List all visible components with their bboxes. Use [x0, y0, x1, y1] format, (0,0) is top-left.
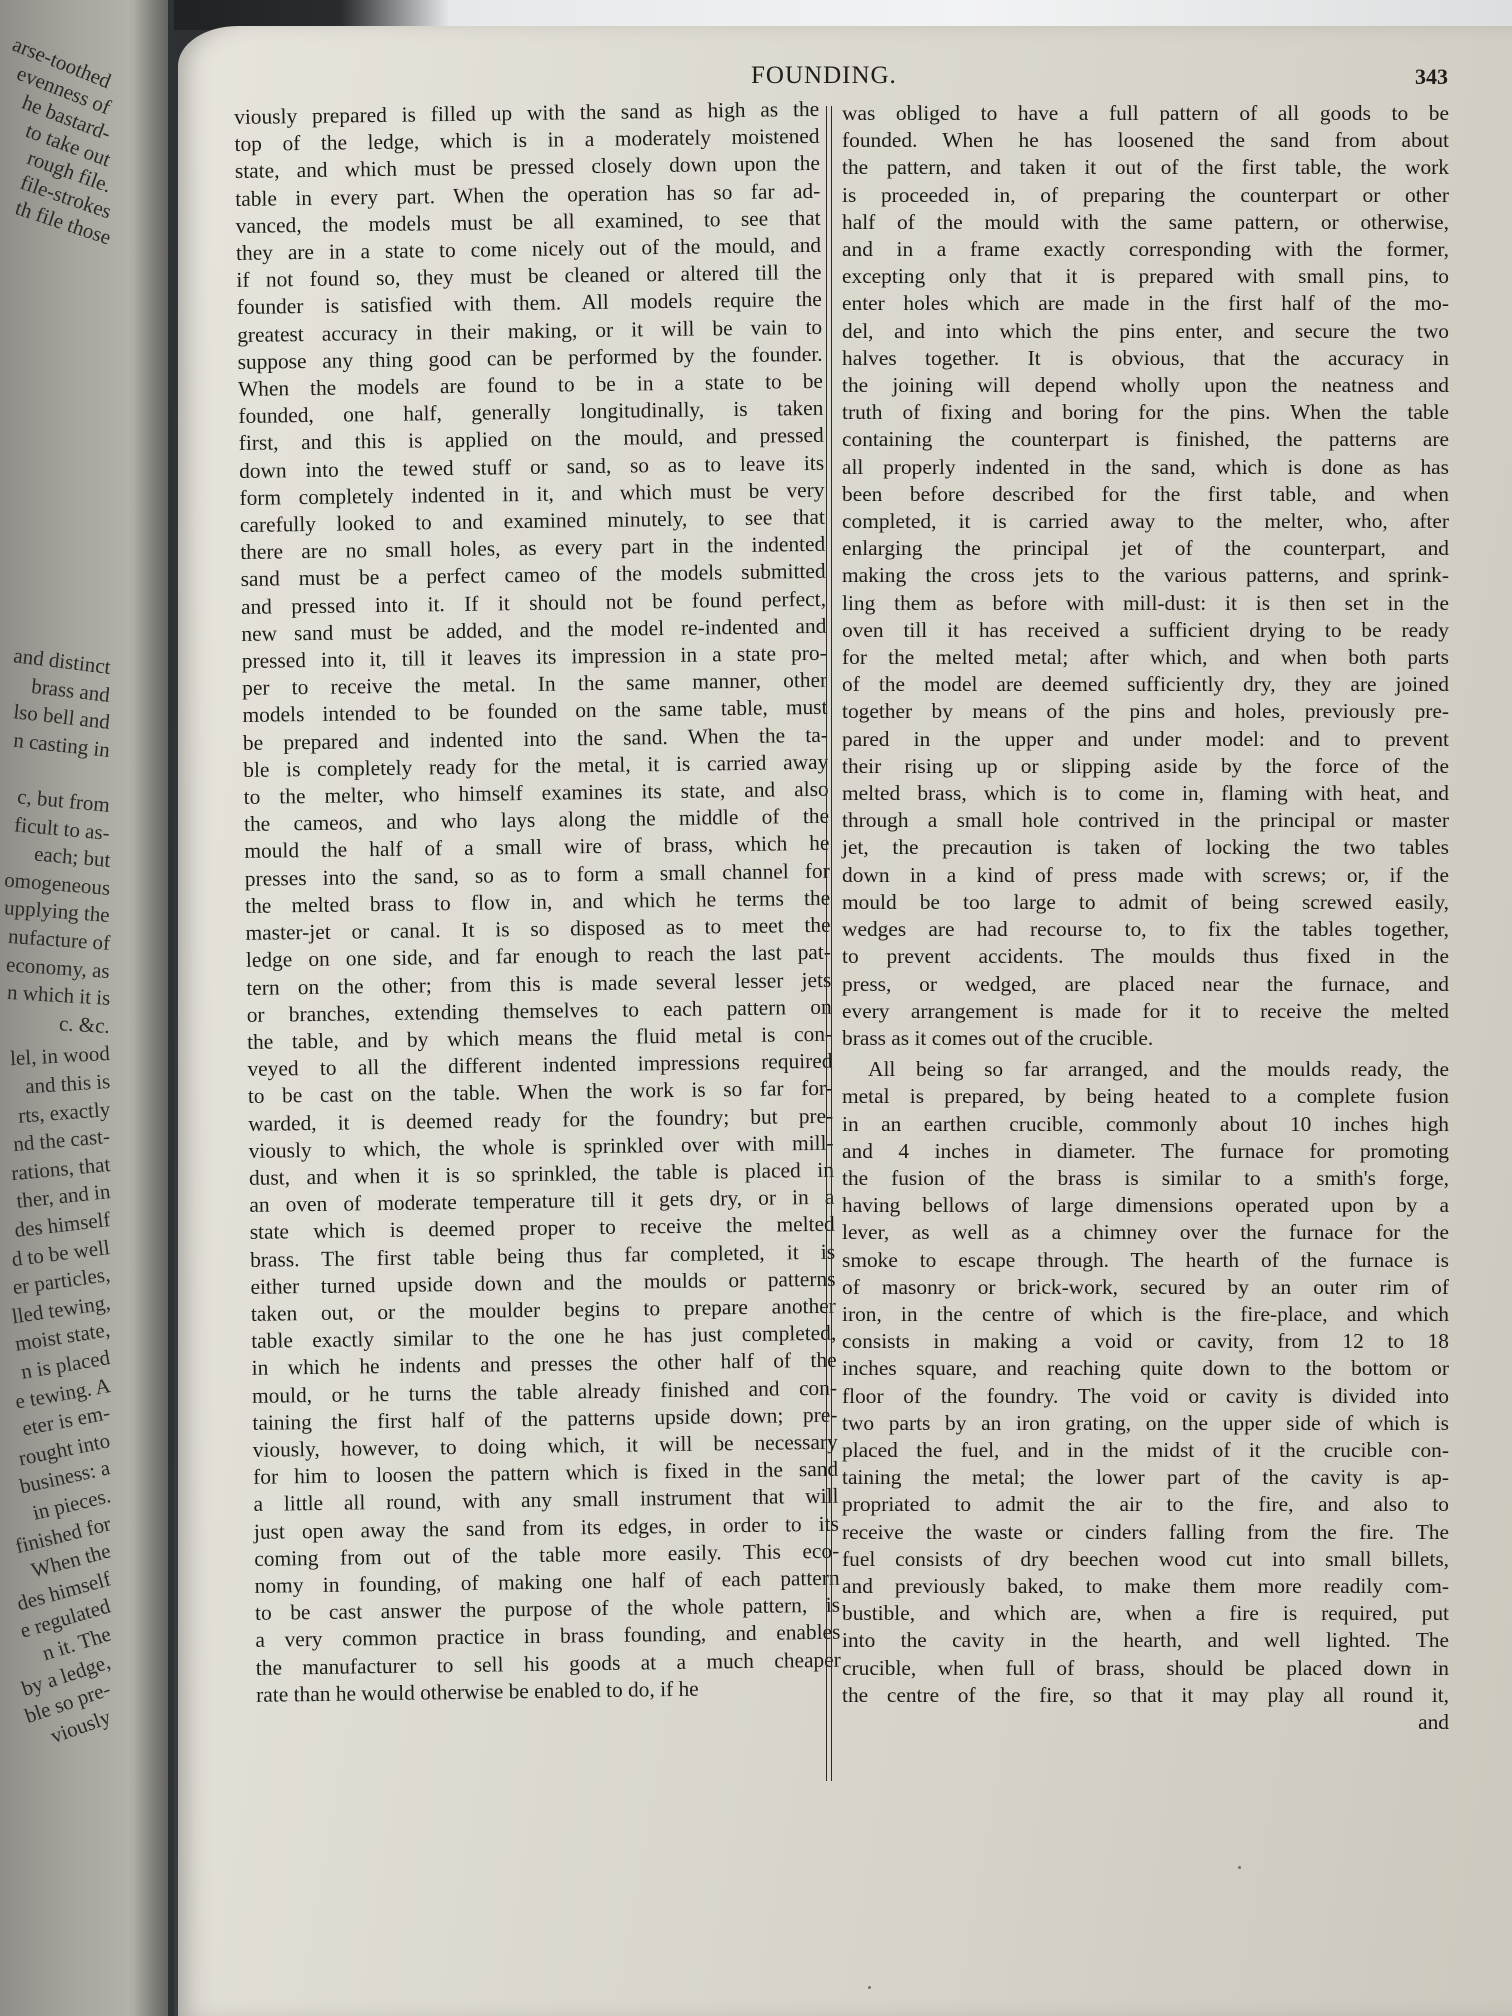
- text-line: smoke to escape through. The hearth of t…: [842, 1247, 1449, 1274]
- page-number: 343: [1415, 64, 1448, 90]
- text-line: metal is prepared, by being heated to a …: [842, 1083, 1449, 1110]
- column-divider-rule: [826, 106, 832, 1781]
- text-line: floor of the foundry. The void or cavity…: [842, 1383, 1449, 1410]
- book-page: FOUNDING. 343 viously prepared is filled…: [178, 26, 1512, 2016]
- text-line: the centre of the fire, so that it may p…: [842, 1682, 1449, 1709]
- text-line: and previously baked, to make them more …: [842, 1573, 1449, 1600]
- text-line: the fusion of the brass is similar to a …: [842, 1165, 1449, 1192]
- text-line: iron, in the centre of which is the fire…: [842, 1301, 1449, 1328]
- text-line: oven till it has received a sufficient d…: [842, 617, 1449, 644]
- page-header: FOUNDING. 343: [178, 46, 1512, 86]
- text-line: ling them as before with mill-dust: it i…: [842, 590, 1449, 617]
- text-line: every arrangement is made for it to rece…: [842, 998, 1449, 1025]
- text-line: together by means of the pins and holes,…: [842, 698, 1449, 725]
- facing-page-fragment: upplying the: [4, 896, 111, 929]
- text-line: to prevent accidents. The moulds thus fi…: [842, 943, 1449, 970]
- text-line: truth of fixing and boring for the pins.…: [842, 399, 1449, 426]
- text-line: crucible, when full of brass, should be …: [842, 1655, 1449, 1682]
- left-text-column: viously prepared is filled up with the s…: [234, 96, 841, 1709]
- facing-page-fragment: c. &c.: [59, 1011, 111, 1039]
- text-line: of the model are deemed sufficiently dry…: [842, 671, 1449, 698]
- text-line: halves together. It is obvious, that the…: [842, 345, 1449, 372]
- text-line: press, or wedged, are placed near the fu…: [842, 971, 1449, 998]
- text-line: was obliged to have a full pattern of al…: [842, 100, 1449, 127]
- text-line: the joining will depend wholly upon the …: [842, 372, 1449, 399]
- facing-page-fragment: rts, exactly: [17, 1097, 111, 1129]
- text-line: enter holes which are made in the first …: [842, 290, 1449, 317]
- text-line: pared in the upper and under model: and …: [842, 726, 1449, 753]
- text-line: inches square, and reaching quite down t…: [842, 1355, 1449, 1382]
- text-line: excepting only that it is prepared with …: [842, 263, 1449, 290]
- gutter-shadow: [128, 0, 168, 2016]
- facing-page-fragment: and distinct: [12, 643, 112, 680]
- text-line: of masonry or brick-work, secured by an …: [842, 1274, 1449, 1301]
- text-line: having bellows of large dimensions opera…: [842, 1192, 1449, 1219]
- facing-page-fragment: and this is: [24, 1069, 111, 1099]
- text-line: founded. When he has loosened the sand f…: [842, 127, 1449, 154]
- facing-page-fragment: n which it is: [6, 980, 111, 1011]
- text-line: propriated to admit the air to the fire,…: [842, 1491, 1449, 1518]
- facing-page-left: arse-toothedevenness ofhe bastard-to tak…: [0, 0, 174, 2016]
- paper-speck: [868, 1986, 871, 1989]
- text-line: melted brass, which is to come in, flami…: [842, 780, 1449, 807]
- text-line: been before described for the first tabl…: [842, 481, 1449, 508]
- facing-page-fragment: ficult to as-: [14, 812, 112, 846]
- text-line: down in a kind of press made with screws…: [842, 862, 1449, 889]
- text-line: their rising up or slipping aside by the…: [842, 753, 1449, 780]
- text-line: mould be too large to admit of being scr…: [842, 889, 1449, 916]
- text-line: consists in making a void or cavity, fro…: [842, 1328, 1449, 1355]
- facing-page-fragment: nufacture of: [7, 924, 111, 956]
- text-line: bustible, and which are, when a fire is …: [842, 1600, 1449, 1627]
- text-line: and 4 inches in diameter. The furnace fo…: [842, 1138, 1449, 1165]
- text-line: the pattern, and taken it out of the fir…: [842, 154, 1449, 181]
- text-line: and: [842, 1709, 1449, 1736]
- right-text-column: was obliged to have a full pattern of al…: [842, 100, 1449, 1736]
- facing-page-fragment: each; but: [33, 842, 111, 873]
- text-line: placed the fuel, and in the midst of it …: [842, 1437, 1449, 1464]
- text-line: making the cross jets to the various pat…: [842, 562, 1449, 589]
- text-line: two parts by an iron grating, on the upp…: [842, 1410, 1449, 1437]
- text-line: and in a frame exactly corresponding wit…: [842, 236, 1449, 263]
- text-line: wedges are had recourse to, to fix the t…: [842, 916, 1449, 943]
- paper-speck: [1238, 1866, 1241, 1869]
- facing-page-fragment: economy, as: [6, 952, 111, 984]
- text-line: fuel consists of dry beechen wood cut in…: [842, 1546, 1449, 1573]
- text-line: enlarging the principal jet of the count…: [842, 535, 1449, 562]
- text-line: all properly indented in the sand, which…: [842, 454, 1449, 481]
- text-line: del, and into which the pins enter, and …: [842, 318, 1449, 345]
- text-line: jet, the precaution is taken of locking …: [842, 834, 1449, 861]
- text-line: into the cavity in the hearth, and well …: [842, 1627, 1449, 1654]
- text-line: All being so far arranged, and the mould…: [842, 1056, 1449, 1083]
- text-line: through a small hole contrived in the pr…: [842, 807, 1449, 834]
- text-line: containing the counterpart is finished, …: [842, 426, 1449, 453]
- text-line: taining the metal; the lower part of the…: [842, 1464, 1449, 1491]
- text-line: half of the mould with the same pattern,…: [842, 209, 1449, 236]
- text-line: brass as it comes out of the crucible.: [842, 1025, 1449, 1052]
- text-line: completed, it is carried away to the mel…: [842, 508, 1449, 535]
- text-line: in an earthen crucible, commonly about 1…: [842, 1111, 1449, 1138]
- running-head: FOUNDING.: [751, 62, 897, 90]
- text-line: for the melted metal; after which, and w…: [842, 644, 1449, 671]
- paper-speck: [1408, 1666, 1411, 1669]
- facing-page-fragment: lel, in wood: [10, 1041, 111, 1071]
- text-line: is proceeded in, of preparing the counte…: [842, 182, 1449, 209]
- text-line: receive the waste or cinders falling fro…: [842, 1519, 1449, 1546]
- text-line: lever, as well as a chimney over the fur…: [842, 1219, 1449, 1246]
